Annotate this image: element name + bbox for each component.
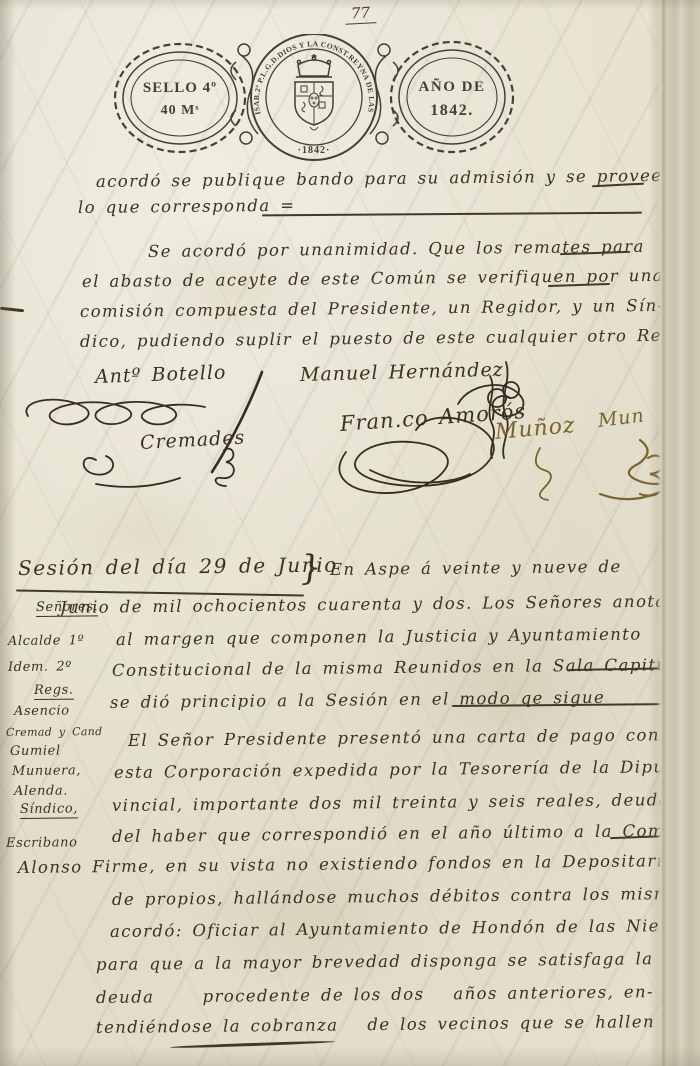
rubric-munoz xyxy=(536,448,551,500)
margin-cremades-candela: Cremad y Cand xyxy=(6,725,103,739)
session-line: se dió principio a la Sesión en el modo … xyxy=(110,688,605,712)
margin-alcalde1: Alcalde 1º xyxy=(8,633,84,649)
signature-munoz-second: Mun xyxy=(597,404,646,432)
entry2-line: Se acordó por unanimidad. Que los remate… xyxy=(148,237,645,261)
signature-botello: Antº Botello xyxy=(95,361,227,388)
page-bottom-edge-shadow xyxy=(0,1046,700,1066)
stamp-right-line1: AÑO DE xyxy=(419,77,486,95)
margin-munuera: Munuera, xyxy=(12,763,81,779)
session-line: Alonso Firme, en su vista no existiendo … xyxy=(18,851,675,877)
rubric-munoz-second xyxy=(600,440,674,499)
entry2-line: comisión compuesta del Presidente, un Re… xyxy=(80,296,665,321)
page-right-edge xyxy=(648,0,700,1066)
signature-hernandez: Manuel Hernández xyxy=(300,359,504,386)
inked-rule xyxy=(262,212,642,216)
rubric-botello xyxy=(26,400,205,425)
margin-alenda: Alenda. xyxy=(14,783,68,799)
session-line: al margen que componen la Justicia y Ayu… xyxy=(116,624,642,649)
coat-of-arms-icon xyxy=(295,82,333,130)
session-line: acordó: Oficiar al Ayuntamiento de Hondó… xyxy=(110,916,692,941)
page-left-edge-shadow xyxy=(0,0,16,1066)
stamp-right-line2: 1842. xyxy=(430,102,474,119)
margin-asencio: Asencio xyxy=(14,703,70,719)
rubric-cremades xyxy=(84,456,180,487)
session-brace: } xyxy=(299,547,323,588)
session-line: El Señor Presidente presentó una carta d… xyxy=(128,725,689,750)
session-line: para que a la mayor brevedad disponga se… xyxy=(96,949,654,974)
session-line: esta Corporación expedida por la Tesorer… xyxy=(114,756,700,782)
session-line: del haber que correspondió en el año últ… xyxy=(112,821,700,846)
svg-text:ISAB.2ª P.L.G.D.DIOS Y LA CONS: ISAB.2ª P.L.G.D.DIOS Y LA CONST.REYNA DE… xyxy=(110,34,376,116)
entry2-line: el abasto de aceyte de este Común se ver… xyxy=(82,266,664,291)
margin-gumiel: Gumiel xyxy=(10,743,61,759)
margin-escribano: Escribano xyxy=(6,835,78,851)
session-line: Junio de mil ochocientos cuarenta y dos.… xyxy=(60,591,700,617)
entry2-line: dico, pudiendo suplir el puesto de este … xyxy=(80,325,700,351)
session-heading: Sesión del día 29 de Junio xyxy=(18,553,338,580)
session-line: deuda procedente de los dos años anterio… xyxy=(96,982,654,1007)
margin-regidores-label: Regs. xyxy=(34,683,74,700)
session-line: En Aspe á veinte y nueve de xyxy=(330,557,622,579)
revenue-stamp-1842: SELLO 4º 40 Mˢ AÑO DE 1842. ISAB.2ª P.L.… xyxy=(110,34,520,178)
margin-sindico-label: Síndico, xyxy=(20,801,78,819)
margin-ink-mark xyxy=(0,307,24,312)
margin-alcalde2: Idem. 2º xyxy=(8,659,72,675)
stamp-left-line1: SELLO 4º xyxy=(143,80,217,96)
session-line: tendiéndose la cobranza de los vecinos q… xyxy=(96,1012,655,1037)
session-line: vincial, importante dos mil treinta y se… xyxy=(112,790,670,815)
stamp-seal-legend: ISAB.2ª P.L.G.D.DIOS Y LA CONST.REYNA DE… xyxy=(110,34,376,116)
session-line: de propios, hallándose muchos débitos co… xyxy=(112,884,700,909)
stamp-seal-year: ·1842· xyxy=(298,145,331,156)
page-number: 77 xyxy=(344,3,376,25)
closing-flourish xyxy=(170,1040,335,1049)
signature-cremades: Cremades xyxy=(139,427,245,454)
stamp-left-line2: 40 Mˢ xyxy=(161,103,200,118)
manuscript-page: 77 xyxy=(0,0,700,1066)
crown-icon xyxy=(296,54,332,77)
